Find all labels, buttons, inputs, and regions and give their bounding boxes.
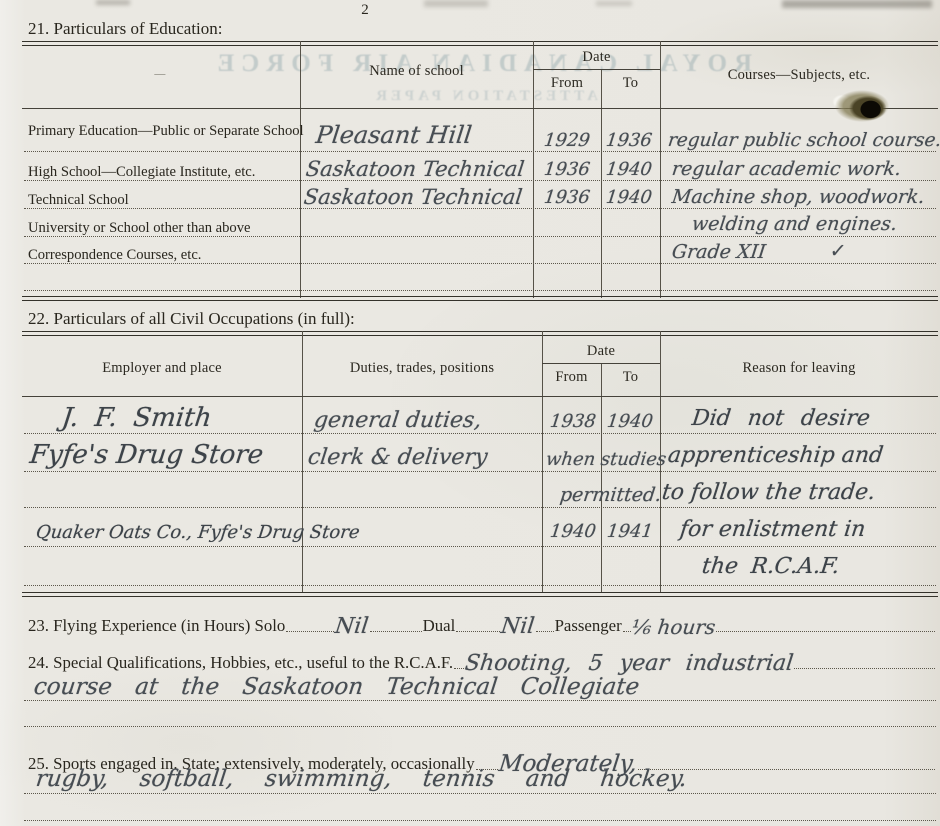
date21-underline (533, 69, 660, 70)
dotted-leader (454, 665, 464, 669)
dotted-leader (716, 628, 935, 632)
scan-smudge (782, 0, 932, 8)
section-23-label: 23. Flying Experience (in Hours) Solo (28, 616, 285, 636)
section-23-row: 23. Flying Experience (in Hours) Solo Ni… (28, 604, 936, 636)
col-header-name-of-school: Name of school (300, 63, 533, 80)
row-line (24, 507, 936, 508)
table21-bottom-rule (22, 296, 938, 301)
row-line (24, 236, 936, 237)
scan-smudge (424, 0, 488, 7)
row-label-high-school: High School—Collegiate Institute, etc. (28, 165, 316, 180)
section-24-label: 24. Special Qualifications, Hobbies, etc… (28, 653, 453, 673)
row-line (24, 471, 936, 472)
row-line (24, 546, 936, 547)
col-header-date: Date (542, 343, 660, 360)
row-line (24, 585, 936, 586)
hw-courses-high: regular academic work. (671, 158, 903, 180)
hw-courses-technical: Machine shop, woodwork. (671, 186, 926, 208)
hw-date: 1936 (537, 159, 598, 180)
hw-date: 1936 (537, 187, 598, 208)
hw-note-permitted: permitted. (559, 484, 663, 506)
hw-reason-1: Did not desire (690, 406, 871, 431)
hw-passenger-value: ⅙ hours (630, 615, 716, 639)
scan-smudge (596, 1, 632, 6)
passenger-label: Passenger (555, 616, 622, 636)
row-line (24, 151, 936, 152)
punch-hole-ink-blot (826, 85, 898, 127)
col-header-from: From (542, 369, 601, 386)
hw-courses-grade: Grade XII (671, 241, 767, 263)
col-header-from: From (533, 75, 601, 92)
col-header-reason: Reason for leaving (660, 360, 938, 377)
dotted-leader (286, 628, 334, 632)
dotted-leader (794, 665, 935, 669)
blank-fill-line (24, 726, 936, 727)
hw-courses-welding: welding and engines. (691, 213, 899, 235)
section-22-heading: 22. Particulars of all Civil Occupations… (28, 309, 355, 329)
hw-qualifications-line2: course at the Saskatoon Technical Colleg… (32, 674, 640, 700)
table21-top-rule (22, 41, 938, 46)
hw-date: 1940 (601, 159, 658, 180)
row-label-primary-education: Primary Education—Public or Separate Sch… (28, 124, 316, 139)
col-header-to: To (601, 369, 660, 386)
section-24-row: 24. Special Qualifications, Hobbies, etc… (28, 641, 936, 673)
hw-employer-name: J. F. Smith (60, 403, 213, 433)
hw-reason-2: apprenticeship and (666, 443, 884, 468)
col-header-blank-dash: — (110, 68, 210, 80)
row-line (24, 433, 936, 434)
hw-date: 1940 (601, 187, 658, 208)
hw-solo-value: Nil (334, 614, 370, 639)
table22-header-rule (22, 396, 938, 397)
hw-reason-5: the R.C.A.F. (700, 554, 840, 579)
dotted-leader (623, 628, 631, 632)
table22-top-rule (22, 331, 938, 336)
hw-reason-4: for enlistment in (678, 517, 866, 542)
checkmark: ✓ (829, 240, 848, 262)
dotted-leader (456, 628, 500, 632)
col-header-courses: Courses—Subjects, etc. (660, 67, 938, 84)
hw-dual-value: Nil (500, 614, 536, 639)
hw-duties-2: clerk & delivery (306, 445, 488, 470)
hw-employer-store: Fyfe's Drug Store (28, 440, 265, 470)
hw-date: 1938 (544, 411, 603, 432)
col-header-duties: Duties, trades, positions (302, 360, 542, 377)
hw-note-when-studies: when studies (545, 449, 668, 470)
row-line (24, 263, 936, 264)
row-line (24, 290, 936, 291)
hw-date: 1941 (602, 521, 659, 542)
hw-sports-list: rugby, softball, swimming, tennis and ho… (34, 766, 688, 792)
dual-label: Dual (423, 616, 456, 636)
hw-school-high: Saskatoon Technical (305, 157, 526, 181)
hw-date: 1940 (544, 521, 603, 542)
page-number: 2 (350, 2, 380, 19)
table21-header-rule (22, 108, 938, 109)
table22-bottom-rule (22, 592, 938, 597)
hw-courses-primary: regular public school course. (667, 130, 940, 151)
col-header-to: To (601, 75, 660, 92)
date22-underline (542, 363, 660, 364)
col-header-employer: Employer and place (22, 360, 302, 377)
attestation-form-page-2: ROYAL CANADIAN AIR FORCE ATTESTATION PAP… (0, 0, 940, 826)
hw-qualifications-line1: Shooting, 5 year industrial (464, 651, 795, 676)
hw-reason-3: to follow the trade. (660, 480, 876, 505)
row-label-correspondence: Correspondence Courses, etc. (28, 248, 316, 263)
hw-date: 1936 (601, 130, 658, 151)
scan-smudge (96, 0, 130, 5)
hw-date: 1940 (602, 411, 659, 432)
hw-employer-quaker: Quaker Oats Co., Fyfe's Drug Store (35, 522, 361, 543)
blank-fill-line (24, 820, 936, 821)
fill-line (24, 700, 936, 701)
row-label-university: University or School other than above (28, 221, 316, 236)
hw-date: 1929 (537, 130, 598, 151)
hw-school-technical: Saskatoon Technical (303, 185, 524, 209)
fill-line (24, 793, 936, 794)
table22-divider (601, 364, 602, 593)
row-label-technical-school: Technical School (28, 193, 316, 208)
hw-duties-1: general duties, (312, 408, 482, 433)
hw-school-primary: Pleasant Hill (314, 121, 473, 149)
section-21-heading: 21. Particulars of Education: (28, 19, 223, 39)
dotted-leader (370, 628, 422, 632)
col-header-date: Date (533, 49, 660, 66)
dotted-leader (536, 628, 554, 632)
